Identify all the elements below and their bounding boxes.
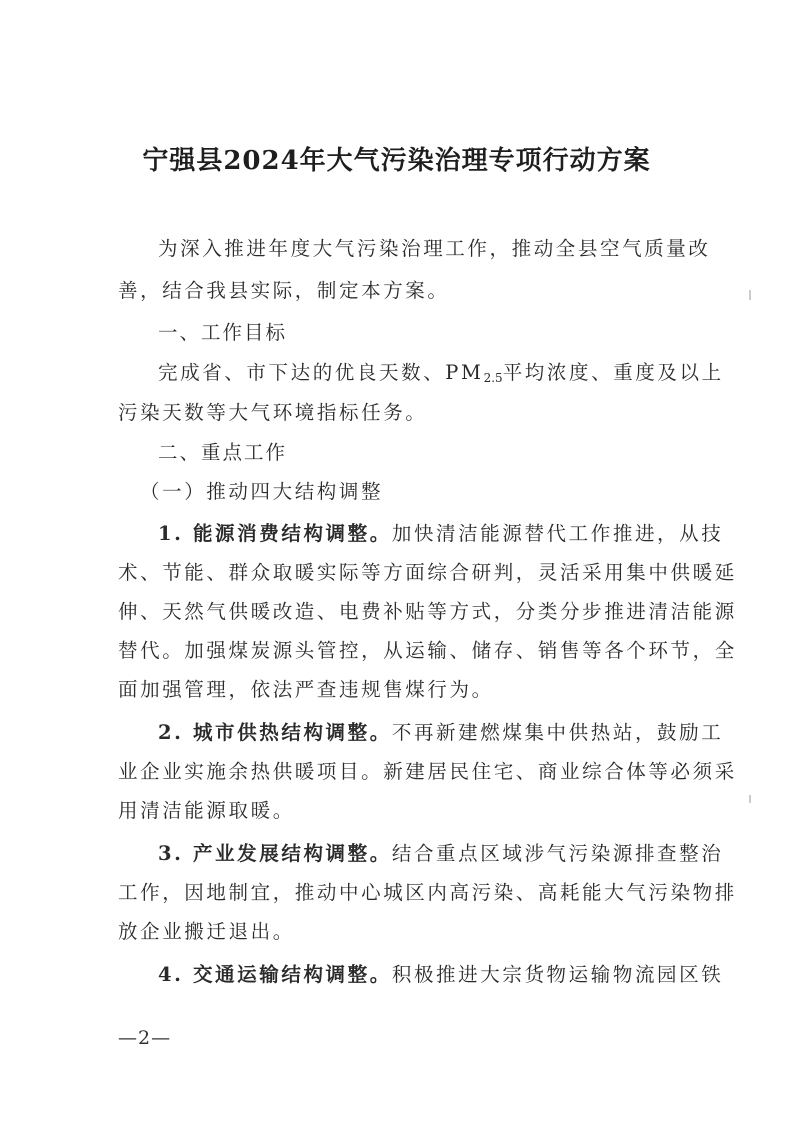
section-2-heading: 二、重点工作 [158, 437, 718, 465]
intro-paragraph-line-2: 善，结合我县实际，制定本方案。 [118, 275, 678, 303]
text-segment: 完成省、市下达的优良天数、PM [158, 361, 484, 384]
item-1-line-5: 面加强管理，依法严查违规售煤行为。 [118, 674, 678, 702]
scan-artifact [749, 795, 751, 803]
item-3-line-2: 工作，因地制宜，推动中心城区内高污染、高耗能大气污染物排 [118, 877, 678, 905]
item-2-line-1: 2. 城市供热结构调整。不再新建燃煤集中供热站，鼓励工 [158, 717, 718, 745]
section-1-heading: 一、工作目标 [158, 317, 718, 345]
item-1-text: 加快清洁能源替代工作推进，从技 [392, 522, 724, 545]
item-4-label: 4. 交通运输结构调整。 [158, 963, 392, 986]
section-1-paragraph-line-1: 完成省、市下达的优良天数、PM2.5平均浓度、重度及以上 [158, 357, 718, 385]
item-1-label: 1. 能源消费结构调整。 [158, 522, 392, 545]
item-2-line-3: 用清洁能源取暖。 [118, 795, 678, 823]
item-3-text: 结合重点区域涉气污染源排查整治 [392, 842, 724, 865]
subscript-pm: 2.5 [484, 371, 503, 385]
item-3-line-1: 3. 产业发展结构调整。结合重点区域涉气污染源排查整治 [158, 838, 718, 866]
item-1-line-2: 术、节能、群众取暖实际等方面综合研判，灵活采用集中供暖延 [118, 557, 678, 585]
document-title: 宁强县2024年大气污染治理专项行动方案 [0, 140, 793, 177]
item-1-line-4: 替代。加强煤炭源头管控，从运输、储存、销售等各个环节，全 [118, 635, 678, 663]
intro-paragraph-line-1: 为深入推进年度大气污染治理工作，推动全县空气质量改 [158, 233, 718, 261]
text-segment: 平均浓度、重度及以上 [503, 361, 724, 384]
item-2-line-2: 业企业实施余热供暖项目。新建居民住宅、商业综合体等必须采 [118, 756, 678, 784]
item-4-line-1: 4. 交通运输结构调整。积极推进大宗货物运输物流园区铁 [158, 959, 718, 987]
item-3-line-3: 放企业搬迁退出。 [118, 916, 678, 944]
item-3-label: 3. 产业发展结构调整。 [158, 842, 392, 865]
item-2-label: 2. 城市供热结构调整。 [158, 721, 392, 744]
item-4-text: 积极推进大宗货物运输物流园区铁 [392, 963, 724, 986]
item-2-text: 不再新建燃煤集中供热站，鼓励工 [392, 721, 724, 744]
section-1-paragraph-line-2: 污染天数等大气环境指标任务。 [118, 397, 678, 425]
scan-artifact [749, 290, 751, 300]
item-1-line-3: 伸、天然气供暖改造、电费补贴等方式，分类分步推进清洁能源 [118, 596, 678, 624]
page-number: —2— [118, 1027, 171, 1049]
section-2-subheading: （一）推动四大结构调整 [140, 476, 700, 504]
item-1-line-1: 1. 能源消费结构调整。加快清洁能源替代工作推进，从技 [158, 518, 718, 546]
